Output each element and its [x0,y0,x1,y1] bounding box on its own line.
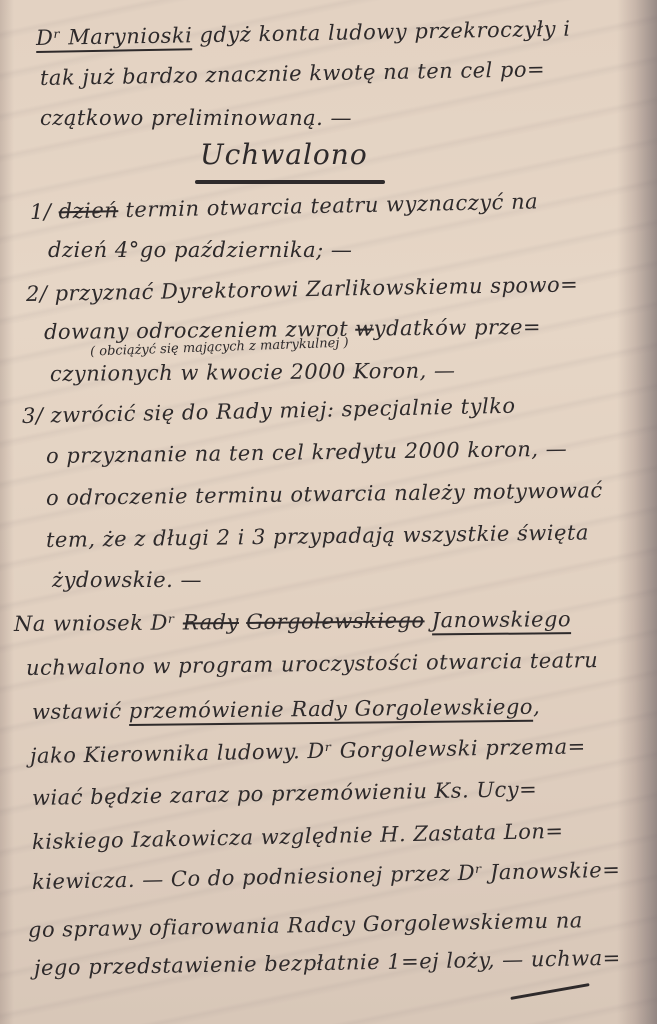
text-line: 1/ dzień termin otwarcia teatru wyznaczy… [30,189,539,224]
closing-flourish [510,983,589,1000]
text-line: kiewicza. — Co do podniesionej przez Dʳ … [32,858,621,894]
text-line: jego przedstawienie bezpłatnie 1=ej loży… [34,946,621,980]
text-segment: żydowskie. — [52,568,202,592]
text-segment: tak już bardzo znacznie kwotę na ten cel… [40,57,546,90]
underlined-text: przemówienie Rady Gorgolewskiego [129,695,533,726]
struck-text: w [355,317,374,341]
underlined-text: Janowskiego [432,607,572,635]
text-line: wiać będzie zaraz po przemówieniu Ks. Uc… [32,777,538,810]
text-segment: dzień 4°go października; — [48,238,352,262]
text-segment: kiewicza. — Co do podniesionej przez Dʳ … [32,858,621,894]
text-segment: o odroczenie terminu otwarcia należy mot… [46,478,603,510]
text-line: żydowskie. — [52,568,202,592]
text-segment: go sprawy ofiarowania Radcy Gorgolewskie… [28,908,583,942]
text-segment: czynionych w kwocie 2000 Koron, — [50,358,456,386]
heading-underline [195,180,385,184]
text-segment: czątkowo preliminowaną. — [40,106,352,130]
underlined-text: Dʳ Marynioski [36,23,193,53]
text-segment [424,608,431,632]
text-line: Na wniosek Dʳ Rady Gorgolewskiego Janows… [14,607,571,636]
text-segment: Na wniosek Dʳ [14,611,183,636]
text-segment: 2/ przyznać Dyrektorowi Zarlikowskiemu s… [26,272,579,306]
text-line: o odroczenie terminu otwarcia należy mot… [46,478,603,510]
text-segment: wiać będzie zaraz po przemówieniu Ks. Uc… [32,777,538,810]
text-segment: jego przedstawienie bezpłatnie 1=ej loży… [34,946,621,980]
text-segment: wstawić [32,699,129,724]
text-segment: tem, że z długi 2 i 3 przypadają wszystk… [46,520,589,552]
text-segment: ydatków prze= [374,315,542,341]
text-line: 2/ przyznać Dyrektorowi Zarlikowskiemu s… [26,272,579,306]
manuscript-page: Dʳ Marynioski gdyż konta ludowy przekroc… [0,0,657,1024]
text-segment: 3/ zwrócić się do Rady miej: specjalnie … [22,394,516,428]
struck-text: Gorgolewskiego [246,608,425,634]
text-line: tak już bardzo znacznie kwotę na ten cel… [40,57,546,90]
text-segment: o przyznanie na ten cel kredytu 2000 kor… [46,437,568,468]
text-line: czynionych w kwocie 2000 Koron, — [50,358,456,386]
text-segment: jako Kierownika ludowy. Dʳ Gorgolewski p… [30,734,586,768]
text-segment: uchwalono w program uroczystości otwarci… [26,648,599,680]
struck-text: Rady [183,610,239,634]
heading-uchwalono: Uchwalono [200,138,368,171]
text-line: wstawić przemówienie Rady Gorgolewskiego… [32,695,540,724]
text-line: czątkowo preliminowaną. — [40,106,352,130]
text-line: uchwalono w program uroczystości otwarci… [26,648,599,680]
struck-text: dzień [58,198,118,223]
text-segment: gdyż konta ludowy przekroczyły i [192,17,571,48]
text-segment: , [533,695,540,719]
text-line: dzień 4°go października; — [48,238,352,262]
text-line: tem, że z długi 2 i 3 przypadają wszystk… [46,520,589,552]
text-line: o przyznanie na ten cel kredytu 2000 kor… [46,437,568,468]
text-segment: termin otwarcia teatru wyznaczyć na [118,189,538,222]
text-line: 3/ zwrócić się do Rady miej: specjalnie … [22,394,516,428]
text-line: kiskiego Izakowicza względnie H. Zastata… [32,819,564,854]
text-segment: 1/ [30,199,59,224]
text-line: jako Kierownika ludowy. Dʳ Gorgolewski p… [30,734,586,768]
text-line: Dʳ Marynioski gdyż konta ludowy przekroc… [36,17,571,50]
text-segment: kiskiego Izakowicza względnie H. Zastata… [32,819,564,854]
text-line: go sprawy ofiarowania Radcy Gorgolewskie… [28,908,583,942]
